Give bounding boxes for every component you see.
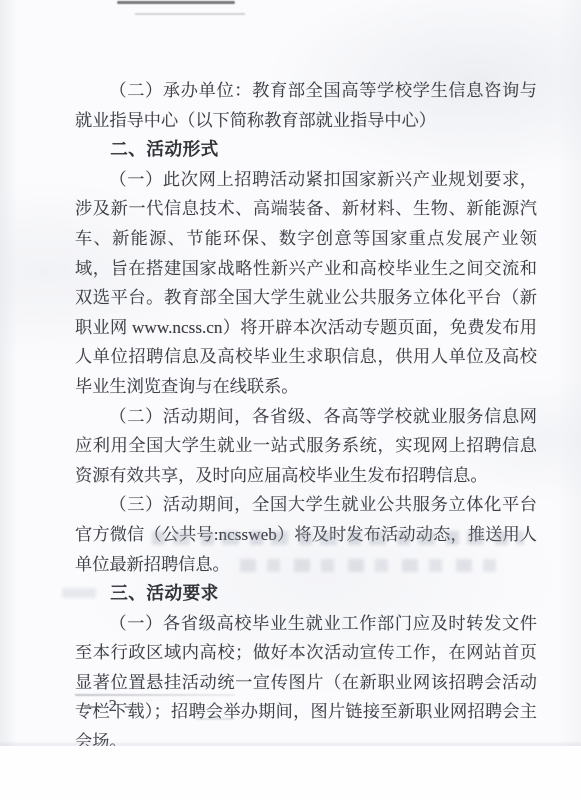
page-number: — 2 — [84, 696, 144, 716]
paragraph-promotion-requirements: （一）各省级高校毕业生就业工作部门应及时转发文件至本行政区域内高校；做好本次活动… [75, 609, 537, 757]
document-text-block: （二）承办单位：教育部全国高等学校学生信息咨询与就业指导中心（以下简称教育部就业… [75, 76, 537, 757]
scan-bottom-margin [0, 746, 581, 800]
paragraph-provincial-networks: （二）活动期间，各省级、各高等学校就业服务信息网应利用全国大学生就业一站式服务系… [75, 402, 537, 491]
heading-activity-format: 二、活动形式 [75, 135, 537, 165]
scan-artifact-line [135, 13, 245, 15]
paragraph-wechat-updates: （三）活动期间，全国大学生就业公共服务立体化平台官方微信（公共号:ncssweb… [75, 490, 537, 579]
heading-activity-requirements: 三、活动要求 [75, 579, 537, 609]
paragraph-organizer-unit: （二）承办单位：教育部全国高等学校学生信息咨询与就业指导中心（以下简称教育部就业… [75, 76, 537, 135]
paragraph-platform-info: （一）此次网上招聘活动紧扣国家新兴产业规划要求，涉及新一代信息技术、高端装备、新… [75, 165, 537, 402]
scan-artifact-line [196, 718, 234, 720]
scan-artifact-line [117, 1, 235, 4]
document-page: （二）承办单位：教育部全国高等学校学生信息咨询与就业指导中心（以下简称教育部就业… [0, 0, 581, 800]
